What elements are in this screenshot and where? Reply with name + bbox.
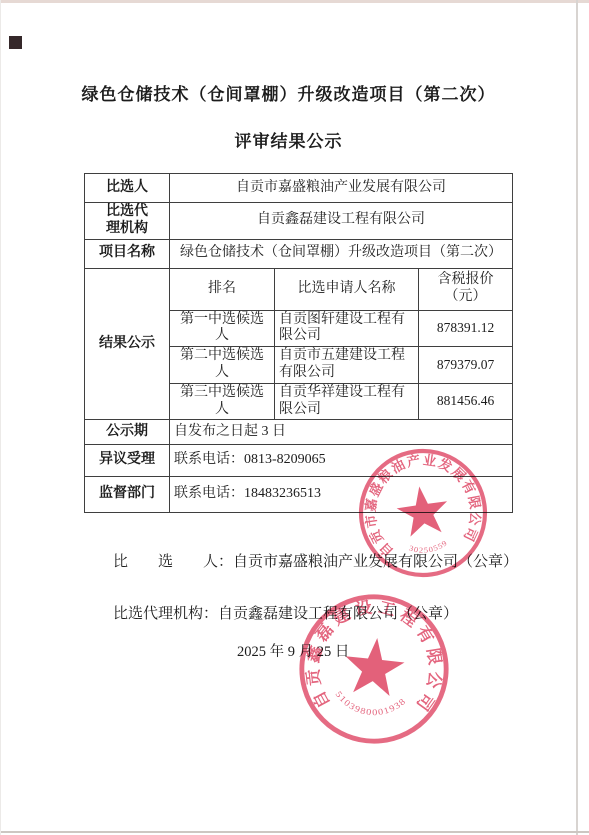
col-header-bidder-name: 比选申请人名称 — [275, 268, 419, 310]
row-label-results: 结果公示 — [85, 268, 170, 420]
candidate-3-name: 自贡华祥建设工程有限公司 — [275, 383, 419, 420]
official-seal-agency: 自贡鑫磊建设工程有限公司 5103980001938 — [288, 583, 459, 754]
scan-mark — [9, 36, 22, 49]
official-seal-applicant: 自贡市嘉盛粮油产业发展有限公司 30250559 — [347, 437, 498, 588]
star-icon — [394, 483, 451, 538]
seal-number-text: 30250559 — [407, 537, 450, 557]
candidate-1-price: 878391.12 — [419, 310, 513, 347]
document-title-line1: 绿色仓储技术（仓间罩棚）升级改造项目（第二次） — [0, 80, 577, 105]
svg-text:30250559: 30250559 — [407, 537, 450, 557]
scan-edge-bottom — [0, 831, 589, 833]
table-row-applicant: 比选人 自贡市嘉盛粮油产业发展有限公司 — [85, 174, 513, 203]
signature-agency-label: 比选代理机构： — [113, 606, 218, 622]
candidate-3-rank: 第三中选候选人 — [170, 383, 275, 420]
document-title-line2: 评审结果公示 — [0, 127, 577, 152]
row-label-agency: 比选代 理机构 — [85, 203, 170, 240]
star-icon — [342, 635, 407, 697]
row-label-objection: 异议受理 — [85, 445, 170, 477]
seal-number-text: 5103980001938 — [332, 688, 409, 720]
table-row-agency: 比选代 理机构 自贡鑫磊建设工程有限公司 — [85, 203, 513, 240]
candidate-2-rank: 第二中选候选人 — [170, 347, 275, 384]
candidate-3-price: 881456.46 — [419, 383, 513, 420]
svg-text:5103980001938: 5103980001938 — [332, 688, 409, 720]
candidate-2-name: 自贡市五建建设工程有限公司 — [275, 347, 419, 384]
col-header-rank: 排名 — [170, 268, 275, 310]
col-header-price: 含税报价 （元） — [419, 268, 513, 310]
row-label-period: 公示期 — [85, 420, 170, 445]
project-value: 绿色仓储技术（仓间罩棚）升级改造项目（第二次） — [170, 239, 513, 268]
row-label-supervision: 监督部门 — [85, 477, 170, 513]
signature-applicant-label: 比 选 人： — [113, 554, 233, 570]
row-label-applicant: 比选人 — [85, 174, 170, 203]
candidate-1-rank: 第一中选候选人 — [170, 310, 275, 347]
document-page: 绿色仓储技术（仓间罩棚）升级改造项目（第二次） 评审结果公示 比选人 自贡市嘉盛… — [0, 0, 589, 835]
scan-edge-right — [576, 0, 578, 835]
table-row-project: 项目名称 绿色仓储技术（仓间罩棚）升级改造项目（第二次） — [85, 239, 513, 268]
row-label-project: 项目名称 — [85, 239, 170, 268]
table-row-results-header: 结果公示 排名 比选申请人名称 含税报价 （元） — [85, 268, 513, 310]
candidate-1-name: 自贡图轩建设工程有限公司 — [275, 310, 419, 347]
scan-edge-left — [0, 0, 1, 835]
agency-value: 自贡鑫磊建设工程有限公司 — [170, 203, 513, 240]
applicant-value: 自贡市嘉盛粮油产业发展有限公司 — [170, 174, 513, 203]
candidate-2-price: 879379.07 — [419, 347, 513, 384]
scan-edge-top — [0, 0, 589, 3]
